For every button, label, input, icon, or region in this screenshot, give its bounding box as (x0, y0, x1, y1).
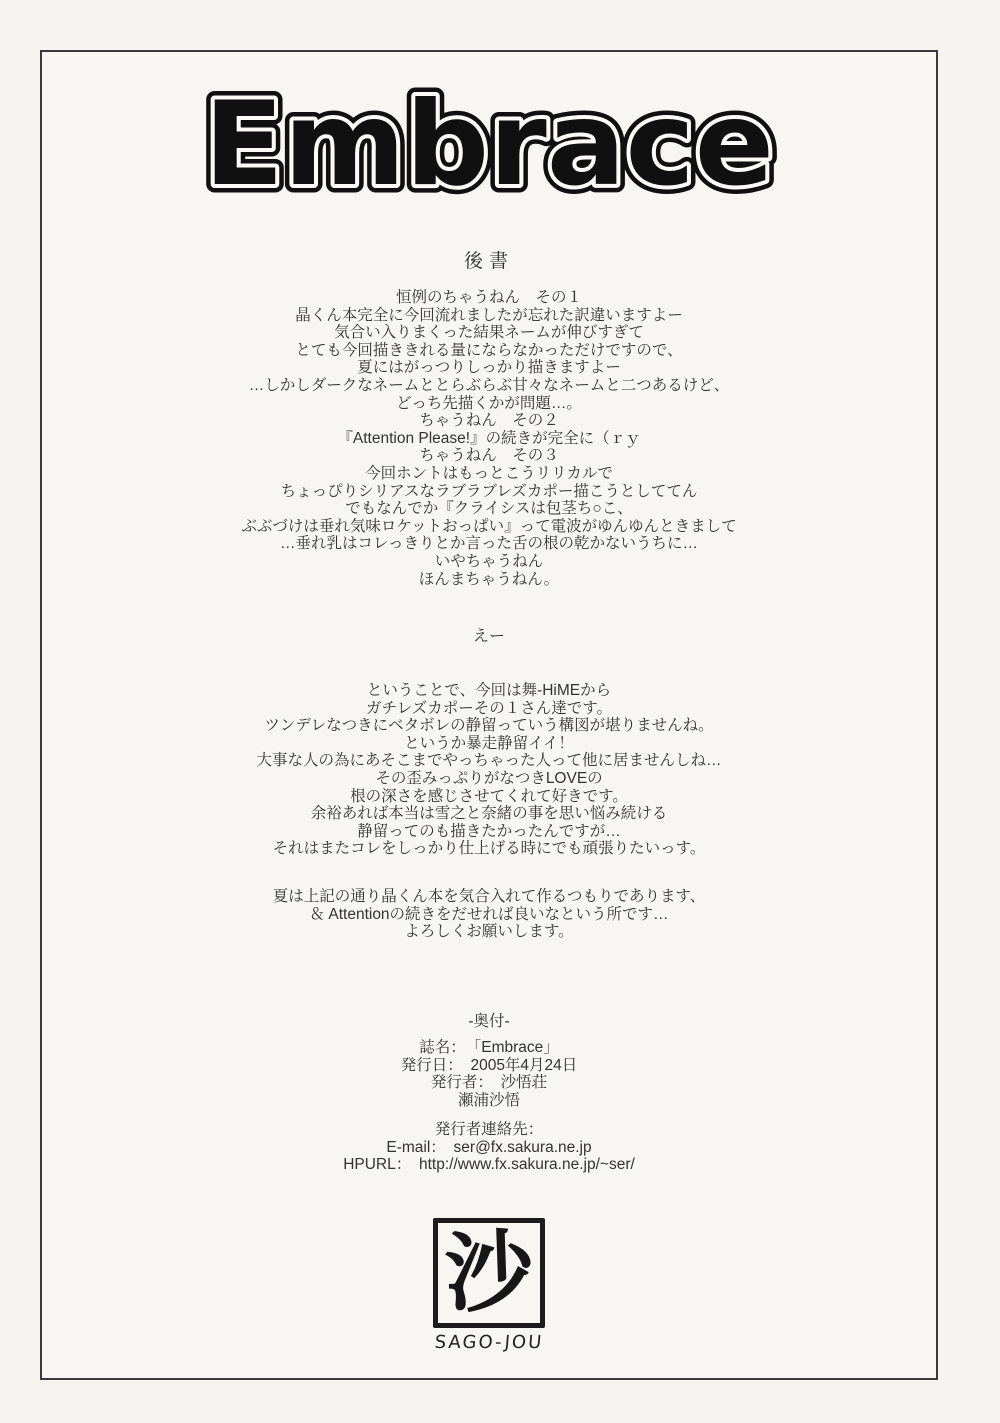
contact-url: HPURL： http://www.fx.sakura.ne.jp/~ser/ (42, 1156, 936, 1174)
afterword-title: 後書 (42, 246, 936, 273)
afterword-paragraph-3: 夏は上記の通り晶くん本を気合入れて作るつもりであります、 ＆ Attention… (42, 888, 936, 941)
afterword-paragraph-1: 恒例のちゃうねん その１ 晶くん本完全に今回流れましたが忘れた訳違いますよー 気… (42, 289, 936, 588)
contact-email: E-mail： ser@fx.sakura.ne.jp (42, 1139, 936, 1157)
text-line: とても今回描ききれる量にならなかっただけですので、 (42, 342, 936, 360)
text-line: 静留ってのも描きたかったんですが… (42, 823, 936, 841)
text-line: いやちゃうねん (42, 553, 936, 571)
scanned-afterword-page: { "colors": { "paper": "#f5f4f0", "frame… (0, 0, 1000, 1423)
text-line: ＆ Attentionの続きをだせれば良いなという所です… (42, 906, 936, 924)
colophon-line-date: 発行日： 2005年4月24日 (42, 1057, 936, 1075)
stamp-kanji: 沙 (436, 1221, 541, 1323)
text-line: よろしくお願いします。 (42, 923, 936, 941)
text-line: ツンデレなつきにベタボレの静留っていう構図が堪りませんね。 (42, 717, 936, 735)
page-border-frame: Embrace Embrace Embrace 後書 恒例のちゃうねん その１ … (40, 50, 938, 1380)
stamp-caption: SAGO-JOU (41, 1332, 937, 1353)
text-line: 今回ホントはもっとこうリリカルで (42, 465, 936, 483)
interjection-line: えー (42, 623, 936, 646)
text-line: 『Attention Please!』の続きが完全に（ｒｙ (42, 430, 936, 448)
text-line: ということで、今回は舞-HiMEから (42, 682, 936, 700)
sagojou-stamp-box: 沙 (433, 1218, 545, 1328)
text-line: 大事な人の為にあそこまでやっちゃった人って他に居ませんしね… (42, 752, 936, 770)
text-line: ぶぶづけは垂れ気味ロケットおっぱい』って電波がゆんゆんときまして (42, 518, 936, 536)
text-line: …垂れ乳はコレっきりとか言った舌の根の乾かないうちに… (42, 535, 936, 553)
colophon-title: -奥付- (42, 1009, 936, 1031)
text-line: …しかしダークなネームととらぶらぶ甘々なネームと二つあるけど、 (42, 377, 936, 395)
contact-heading: 発行者連絡先： (42, 1121, 936, 1139)
text-line: ほんまちゃうねん。 (42, 571, 936, 589)
embrace-logo: Embrace Embrace Embrace (42, 80, 936, 213)
afterword-paragraph-2: ということで、今回は舞-HiMEから ガチレズカポーその１さん達です。 ツンデレ… (42, 682, 936, 858)
text-line: 夏にはがっつりしっかり描きますよー (42, 359, 936, 377)
text-line: 晶くん本完全に今回流れましたが忘れた訳違いますよー (42, 307, 936, 325)
text-line: 根の深さを感じさせてくれて好きです。 (42, 788, 936, 806)
text-line: 夏は上記の通り晶くん本を気合入れて作るつもりであります、 (42, 888, 936, 906)
colophon-info: 誌名： 「Embrace」 発行日： 2005年4月24日 発行者： 沙悟荘 瀬… (42, 1039, 936, 1109)
text-line: ちゃうねん その３ (42, 447, 936, 465)
text-line: でもなんでか『クライシスは包茎ち○こ、 (42, 500, 936, 518)
text-line: その歪みっぷりがなつきLOVEの (42, 770, 936, 788)
text-line: 気合い入りまくった結果ネームが伸びすぎて (42, 324, 936, 342)
text-line: それはまたコレをしっかり仕上げる時にでも頑張りたいっす。 (42, 840, 936, 858)
colophon-line-publisher: 発行者： 沙悟荘 (42, 1074, 936, 1092)
text-line: どっち先描くかが問題…。 (42, 395, 936, 413)
text-line: 恒例のちゃうねん その１ (42, 289, 936, 307)
text-line: ちゃうねん その２ (42, 412, 936, 430)
colophon-line-author: 瀬浦沙悟 (42, 1092, 936, 1110)
colophon-contact: 発行者連絡先： E-mail： ser@fx.sakura.ne.jp HPUR… (42, 1121, 936, 1174)
colophon-line-title: 誌名： 「Embrace」 (42, 1039, 936, 1057)
text-line: というか暴走静留イイ！ (42, 735, 936, 753)
embrace-logo-svg: Embrace Embrace Embrace (179, 80, 799, 208)
text-line: ガチレズカポーその１さん達です。 (42, 700, 936, 718)
logo-fill: Embrace (204, 80, 774, 208)
text-line: ちょっぴりシリアスなラブラブレズカポー描こうとしててん (42, 483, 936, 501)
text-line: 余裕あれば本当は雪之と奈緒の事を思い悩み続ける (42, 805, 936, 823)
